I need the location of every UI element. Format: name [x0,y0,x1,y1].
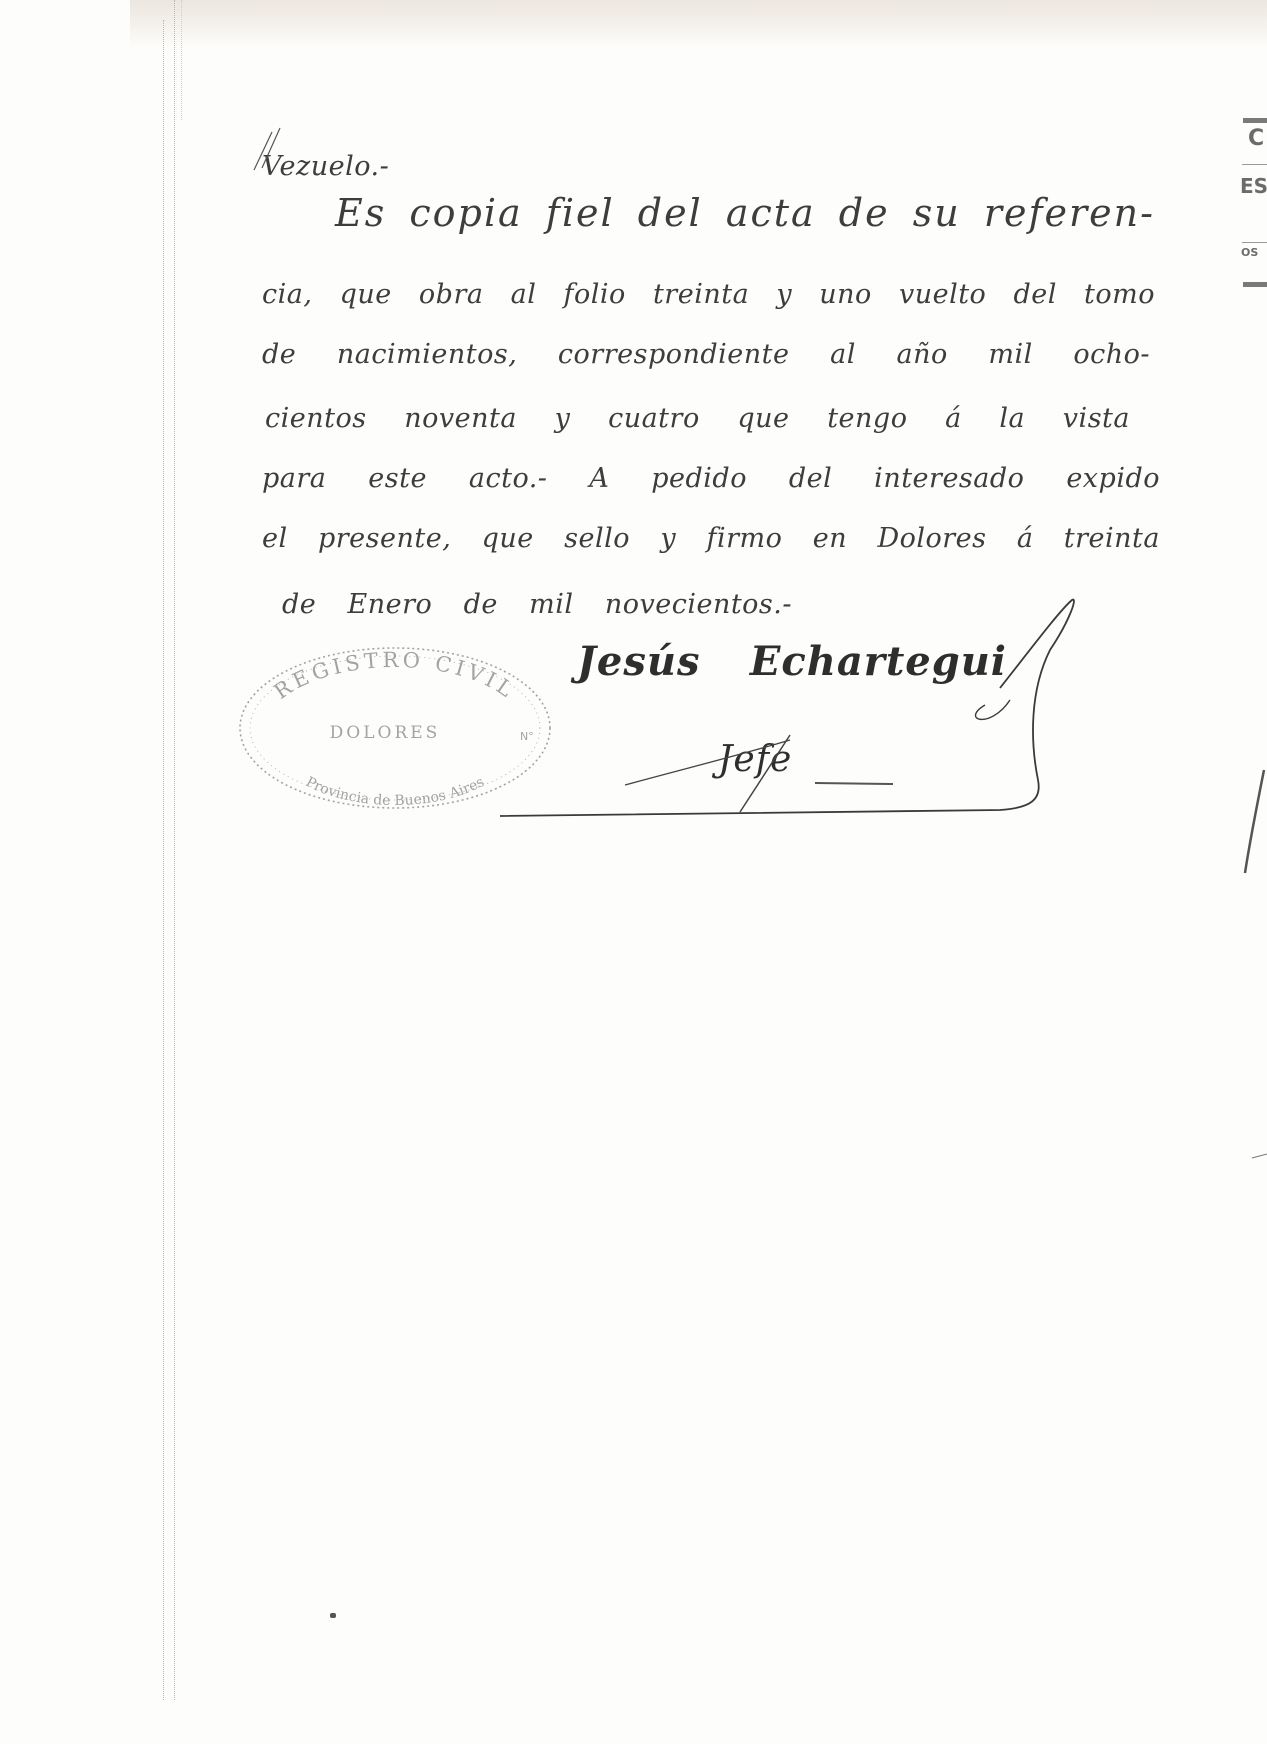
stamp-number-mark: N° [520,730,534,743]
stamp-bottom-text: Provincia de Buenos Aires [303,774,487,809]
margin-mark [254,128,280,170]
ink-speck [330,1613,336,1618]
signature-flourish [500,600,1074,816]
edge-stamp-line2: ES [1240,174,1267,198]
stamp-top-text: REGISTRO CIVIL [270,648,521,704]
edge-stamp-line3: OS [1241,246,1258,259]
title-underline-left [625,740,790,785]
title-underline-right [815,783,893,784]
ink-strokes: REGISTRO CIVIL DOLORES N° Provincia de B… [0,0,1267,1744]
edge-stamp-line1: C [1248,126,1264,151]
registry-stamp: REGISTRO CIVIL DOLORES N° Provincia de B… [240,648,550,809]
edge-stamp-partial: C ES OS [1238,112,1267,292]
edge-ink-mark [1245,770,1264,873]
stamp-center-text: DOLORES [330,723,441,743]
